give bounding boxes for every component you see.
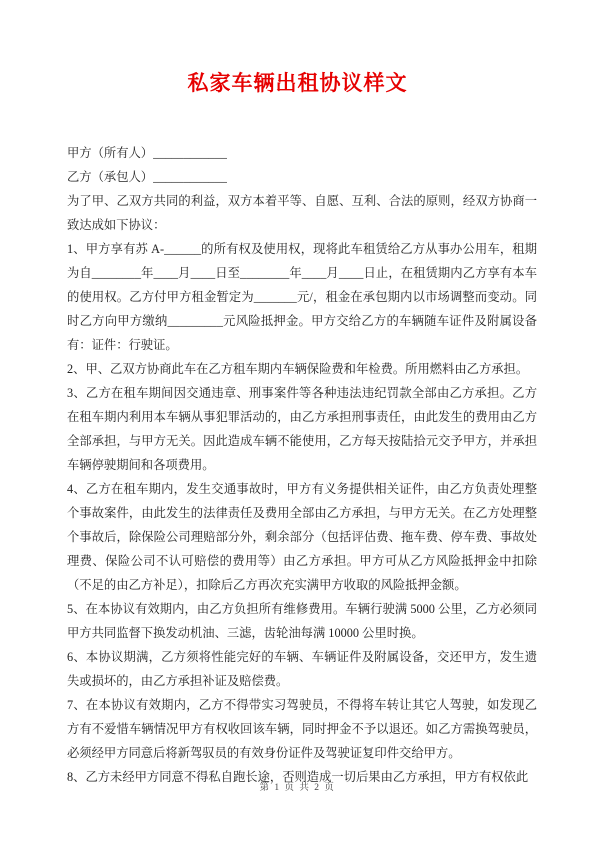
paragraph: 5、在本协议有效期内，由乙方负担所有维修费用。车辆行驶满 5000 公里，乙方必… (67, 597, 537, 645)
paragraph: 6、本协议期满，乙方须将性能完好的车辆、车辆证件及附属设备，交还甲方，发生遗失或… (67, 645, 537, 693)
document-page: 私家车辆出租协议样文 甲方（所有人）____________乙方（承包人）___… (0, 0, 595, 841)
paragraph: 2、甲、乙双方协商此车在乙方租车期内车辆保险费和年检费。所用燃料由乙方承担。 (67, 357, 537, 381)
document-title: 私家车辆出租协议样文 (0, 0, 595, 96)
paragraph: 3、乙方在租车期间因交通违章、刑事案件等各种违法违纪罚款全部由乙方承担。乙方在租… (67, 381, 537, 477)
paragraph: 乙方（承包人）____________ (67, 165, 537, 189)
document-body: 甲方（所有人）____________乙方（承包人）____________为了… (0, 141, 595, 789)
paragraph: 为了甲、乙双方共同的利益，双方本着平等、自愿、互利、合法的原则，经双方协商一致达… (67, 189, 537, 237)
paragraph: 甲方（所有人）____________ (67, 141, 537, 165)
paragraph: 4、乙方在租车期内，发生交通事故时，甲方有义务提供相关证件，由乙方负责处理整个事… (67, 477, 537, 597)
paragraph: 1、甲方享有苏 A-______的所有权及使用权，现将此车租赁给乙方从事办公用车… (67, 237, 537, 357)
page-footer: 第 1 页 共 2 页 (0, 779, 595, 793)
paragraph: 7、在本协议有效期内，乙方不得带实习驾驶员，不得将车转让其它人驾驶，如发现乙方有… (67, 693, 537, 765)
